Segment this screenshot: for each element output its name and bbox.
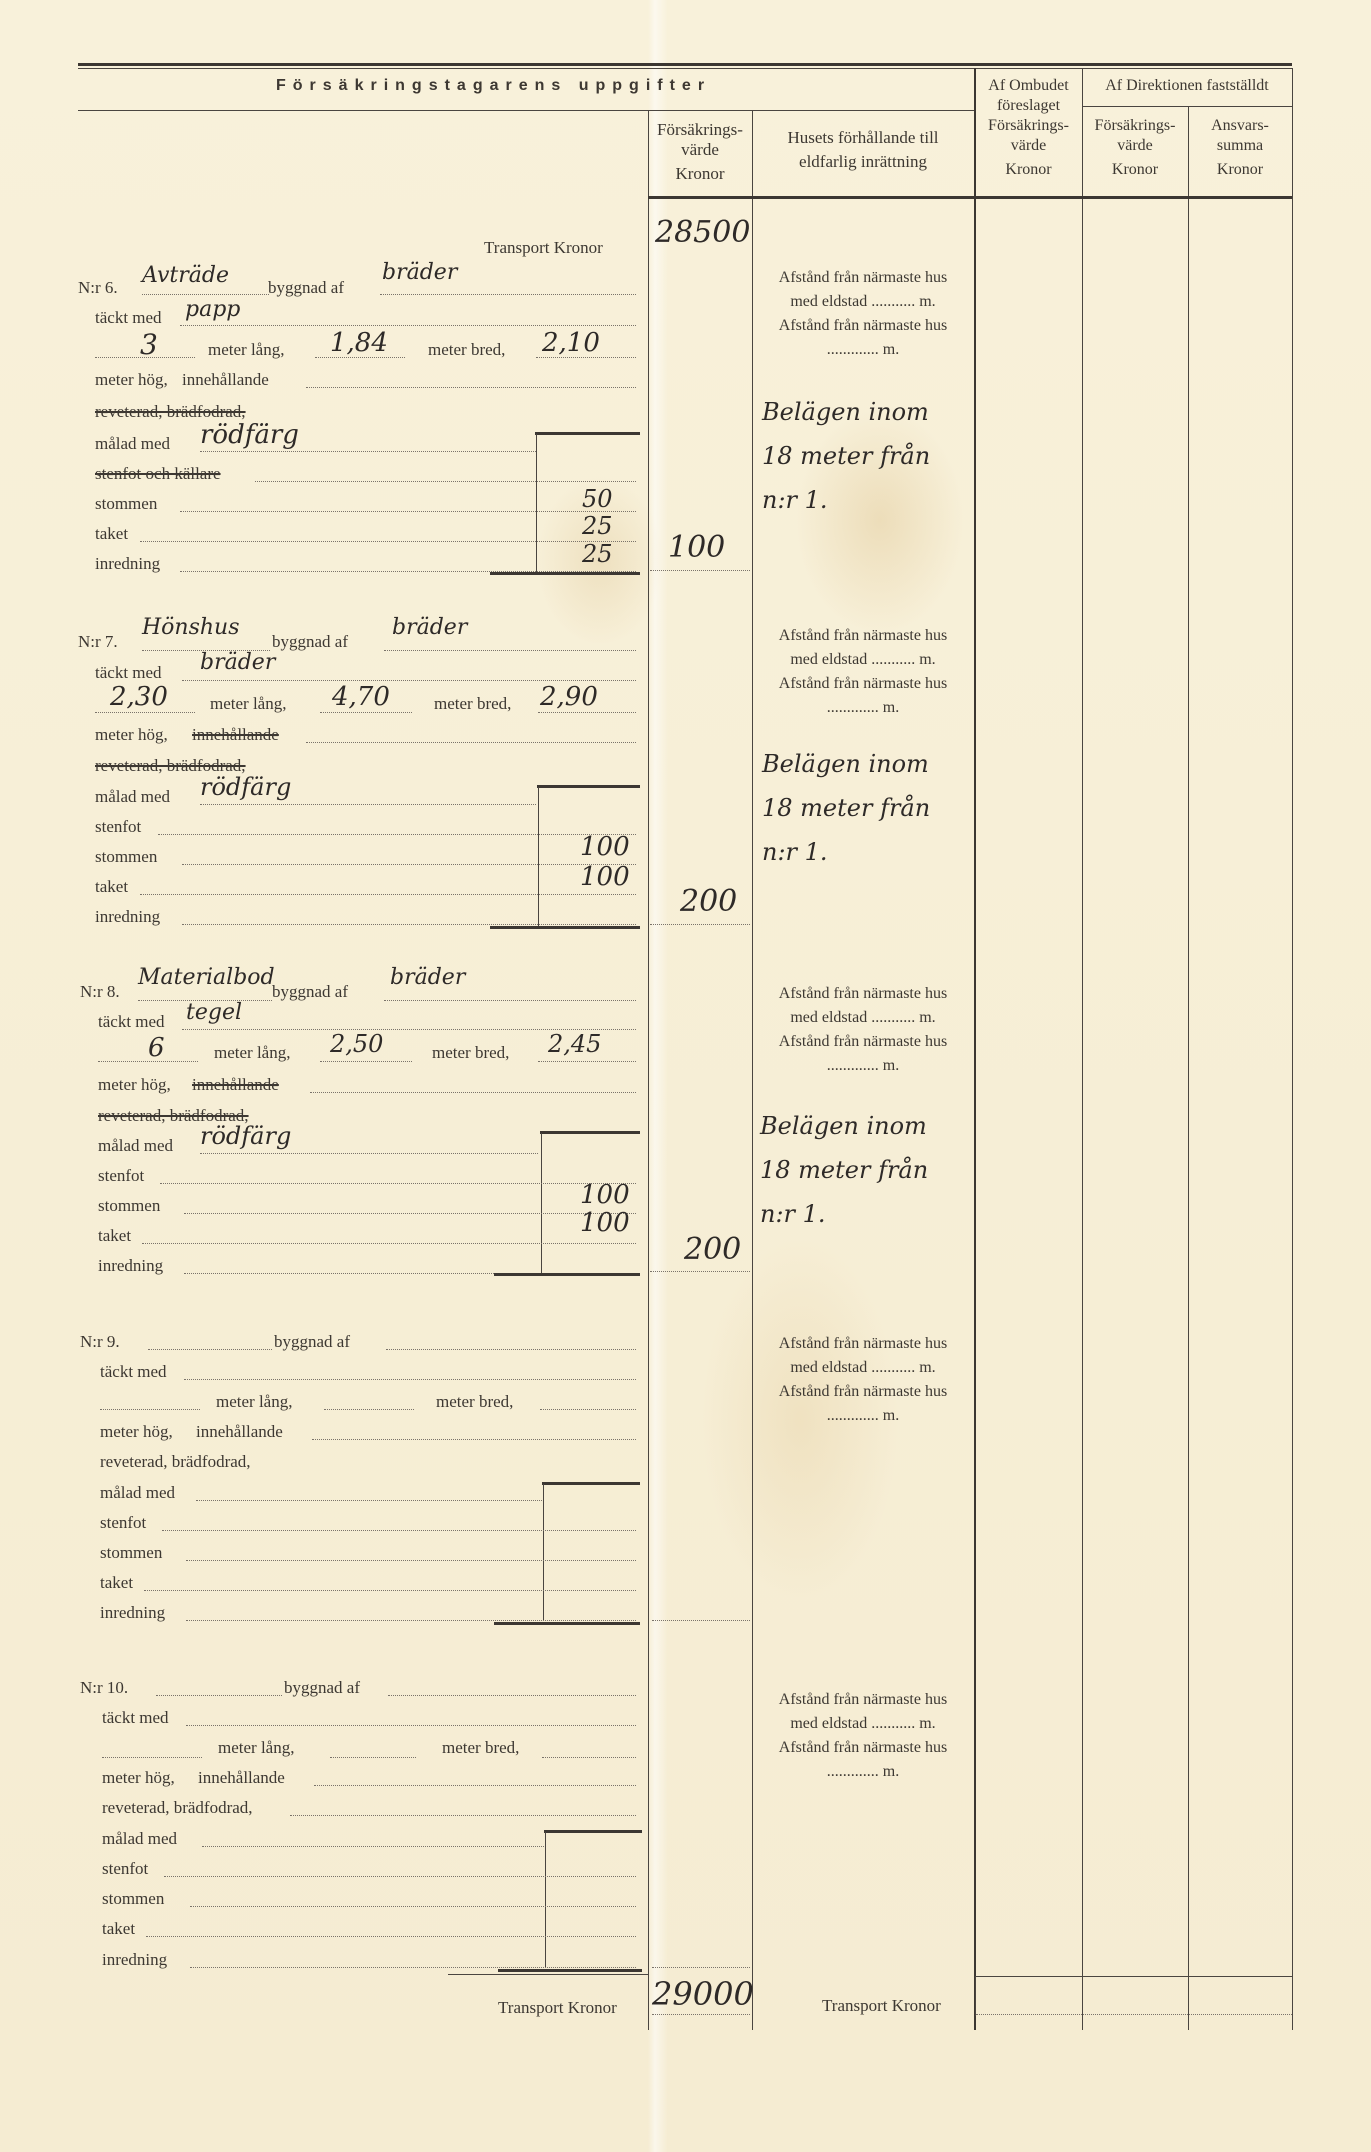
transport-top-value: 28500: [655, 215, 750, 250]
transport-top-label: Transport Kronor: [484, 238, 603, 258]
stommen-value: 100: [580, 1180, 630, 1210]
location-note: Belägen inom18 meter frånn:r 1.: [762, 390, 982, 522]
length-field: 6: [148, 1033, 165, 1063]
entry-number: N:r 8.: [80, 982, 120, 1002]
section-title: Försäkringstagarens uppgifter: [276, 77, 711, 95]
distance-block: Afstånd från närmaste hus med eldstad ..…: [752, 624, 974, 720]
roof-field: papp: [185, 297, 240, 322]
roof-field: tegel: [186, 1000, 242, 1025]
header-direktionen: Af Direktionen fastställdt: [1082, 76, 1292, 96]
top-rule-thin: [78, 68, 1292, 69]
header-forsakringsvarde: Försäkrings-värdeKronor: [648, 120, 752, 184]
entry-total: 200: [680, 884, 737, 919]
entry-number: N:r 7.: [78, 632, 118, 652]
height-field: 2,10: [542, 328, 600, 358]
header-bottom-rule: [648, 196, 1292, 199]
length-field: 2,30: [110, 682, 168, 712]
distance-block: Afstånd från närmaste hus med eldstad ..…: [752, 1332, 974, 1428]
width-field: 4,70: [332, 682, 390, 712]
roof-field: bräder: [200, 650, 275, 675]
painted-field: rödfärg: [200, 773, 291, 801]
building-type-field: Hönshus: [142, 615, 240, 640]
painted-field: rödfärg: [200, 420, 299, 450]
col-line-direktion: [1082, 68, 1083, 2030]
distance-block: Afstånd från närmaste hus med eldstad ..…: [752, 1688, 974, 1784]
painted-field: rödfärg: [200, 1122, 291, 1150]
direktion-underline: [1082, 106, 1292, 107]
building-type-field: Materialbod: [138, 965, 275, 990]
material-field: bräder: [390, 965, 465, 990]
entry-total: 100: [668, 530, 725, 565]
stommen-value: 50: [582, 485, 613, 513]
top-rule: [78, 63, 1292, 66]
entry-number: N:r 10.: [80, 1678, 128, 1698]
transport-bottom-value: 29000: [652, 1975, 754, 2013]
transport-bottom-label: Transport Kronor: [498, 1998, 617, 2018]
stommen-value: 100: [580, 832, 630, 862]
header-ombudet: Af OmbudetföreslagetFörsäkrings-värdeKro…: [975, 76, 1082, 180]
material-field: bräder: [382, 260, 457, 285]
header-dir-ansvarssumma: Ansvars-summaKronor: [1188, 116, 1292, 180]
header-dir-forsakringsvarde: Försäkrings-värdeKronor: [1082, 116, 1188, 180]
taket-value: 100: [580, 862, 630, 892]
length-field: 3: [140, 328, 158, 361]
entry-number: N:r 9.: [80, 1332, 120, 1352]
transport-right-label: Transport Kronor: [822, 1996, 941, 2016]
height-field: 2,45: [548, 1030, 601, 1058]
col-line-right: [1292, 68, 1293, 2030]
col-line-ansvar: [1188, 106, 1189, 2030]
width-field: 2,50: [330, 1030, 383, 1058]
taket-value: 100: [580, 1208, 630, 1238]
header-husets: Husets förhållande tilleldfarlig inrättn…: [752, 128, 974, 172]
col-line-ombudet: [974, 68, 976, 2030]
location-note: Belägen inom18 meter frånn:r 1.: [762, 742, 982, 874]
material-field: bräder: [392, 615, 467, 640]
width-field: 1,84: [330, 328, 388, 358]
entry-number: N:r 6.: [78, 278, 118, 298]
entry-total: 200: [684, 1232, 741, 1267]
col-line-forsakringsvarde: [648, 110, 649, 2030]
distance-block: Afstånd från närmaste hus med eldstad ..…: [752, 266, 974, 362]
location-note: Belägen inom18 meter frånn:r 1.: [760, 1104, 980, 1236]
building-type-field: Avträde: [142, 263, 229, 288]
distance-block: Afstånd från närmaste hus med eldstad ..…: [752, 982, 974, 1078]
height-field: 2,90: [540, 682, 598, 712]
inredning-value: 25: [582, 540, 613, 568]
taket-value: 25: [582, 512, 613, 540]
title-underline: [78, 110, 975, 111]
